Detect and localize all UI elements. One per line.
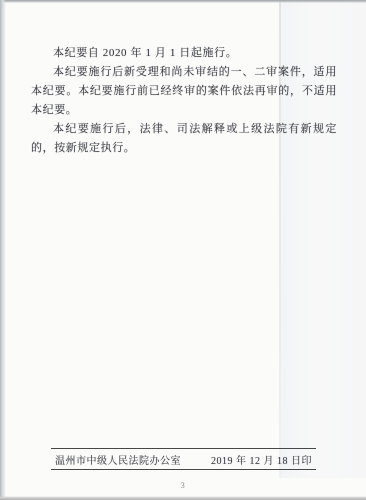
scanned-document-page: 本纪要自 2020 年 1 月 1 日起施行。 本纪要施行后新受理和尚未审结的一… (0, 0, 366, 500)
print-footer: 温州市中级人民法院办公室 2019 年 12 月 18 日印 (51, 448, 316, 470)
document-body: 本纪要自 2020 年 1 月 1 日起施行。 本纪要施行后新受理和尚未审结的一… (31, 44, 337, 158)
page-number: 3 (0, 481, 366, 490)
scan-edge-left (0, 0, 6, 500)
footer-issuer: 温州市中级人民法院办公室 (51, 452, 181, 467)
paragraph-new-regulations: 本纪要施行后，法律、司法解释或上级法院有新规定的，按新规定执行。 (31, 120, 337, 158)
scan-edge-top (0, 0, 366, 3)
scan-edge-bottom (0, 496, 366, 500)
paragraph-applicability: 本纪要施行后新受理和尚未审结的一、二审案件，适用本纪要。本纪要施行前已经终审的案… (31, 63, 337, 120)
paragraph-effective-date: 本纪要自 2020 年 1 月 1 日起施行。 (31, 44, 337, 63)
footer-print-date: 2019 年 12 月 18 日印 (211, 452, 316, 467)
